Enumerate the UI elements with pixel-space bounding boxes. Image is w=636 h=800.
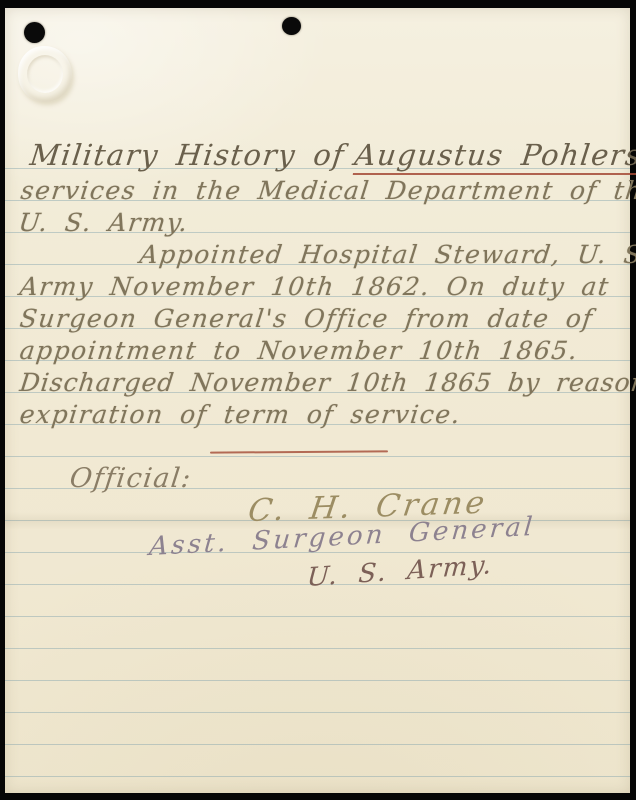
- title-prefix: Military History of: [28, 138, 347, 172]
- title-line: Military History ofAugustus Pohlers': [28, 137, 636, 173]
- handwritten-line: expiration of term of service.: [18, 400, 463, 430]
- handwritten-line: Discharged November 10th 1865 by reason …: [18, 368, 636, 398]
- official-label: Official:: [68, 464, 194, 494]
- embossed-seal-icon: [18, 46, 72, 102]
- handwritten-line: U. S. Army.: [17, 208, 190, 238]
- subject-name-underlined: Augustus Pohlers': [352, 138, 636, 175]
- punch-hole-left: [24, 22, 45, 43]
- photo-frame: Military History ofAugustus Pohlers' ser…: [0, 0, 636, 800]
- handwritten-line: Army November 10th 1862. On duty at: [18, 272, 611, 302]
- handwritten-line: appointment to November 10th 1865.: [18, 336, 580, 366]
- punch-hole-right: [282, 17, 301, 35]
- handwritten-line: Appointed Hospital Steward, U. S.: [138, 240, 636, 270]
- embossed-seal-inner-ring: [27, 55, 63, 93]
- handwritten-line: Surgeon General's Office from date of: [18, 304, 595, 334]
- handwritten-line: services in the Medical Department of th…: [19, 176, 636, 206]
